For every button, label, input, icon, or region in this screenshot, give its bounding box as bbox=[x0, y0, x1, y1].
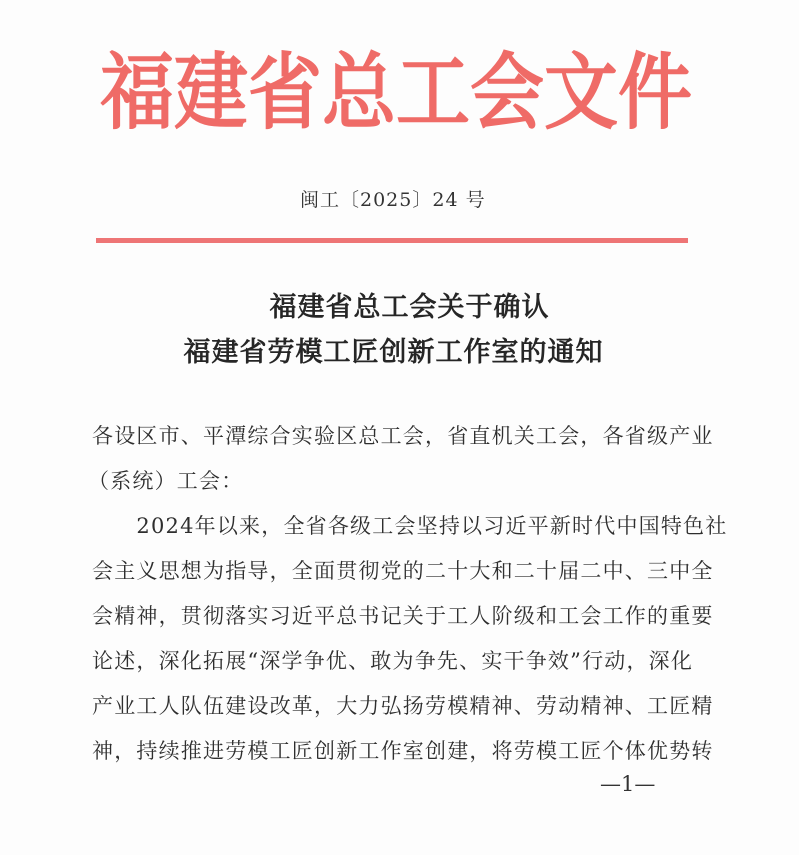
masthead-char: 福 bbox=[100, 37, 174, 149]
masthead-char: 件 bbox=[618, 37, 692, 149]
masthead-char: 省 bbox=[248, 37, 322, 149]
page-number: —1— bbox=[600, 772, 655, 796]
salutation-line-1: 各设区市、平潭综合实验区总工会，省直机关工会，各省级产业 bbox=[92, 420, 722, 450]
body-paragraph-line: 神，持续推进劳模工匠创新工作室创建，将劳模工匠个体优势转 bbox=[92, 735, 722, 765]
masthead-char: 会 bbox=[470, 37, 544, 149]
body-paragraph-line: 2024年以来，全省各级工会坚持以习近平新时代中国特色社 bbox=[92, 510, 722, 540]
masthead-char: 建 bbox=[174, 37, 248, 149]
document-page: 福 建 省 总 工 会 文 件 闽工〔2025〕24 号 福建省总工会关于确认 … bbox=[0, 0, 799, 855]
red-divider-rule bbox=[96, 238, 688, 243]
body-paragraph-line: 会精神，贯彻落实习近平总书记关于工人阶级和工会工作的重要 bbox=[92, 600, 722, 630]
masthead-char: 总 bbox=[322, 37, 396, 149]
document-title-line-2: 福建省劳模工匠创新工作室的通知 bbox=[0, 330, 793, 369]
masthead-char: 文 bbox=[544, 37, 618, 149]
masthead-char: 工 bbox=[396, 37, 470, 149]
masthead-title: 福 建 省 总 工 会 文 件 bbox=[100, 40, 680, 145]
body-paragraph-line: 会主义思想为指导，全面贯彻党的二十大和二十届二中、三中全 bbox=[92, 555, 722, 585]
body-paragraph-line: 产业工人队伍建设改革，大力弘扬劳模精神、劳动精神、工匠精 bbox=[92, 690, 722, 720]
body-paragraph-line: 论述，深化拓展“深学争优、敢为争先、实干争效”行动，深化 bbox=[92, 645, 722, 675]
salutation-line-2: （系统）工会： bbox=[88, 465, 718, 495]
document-number: 闽工〔2025〕24 号 bbox=[300, 185, 486, 212]
document-title-line-1: 福建省总工会关于确认 bbox=[10, 285, 799, 324]
